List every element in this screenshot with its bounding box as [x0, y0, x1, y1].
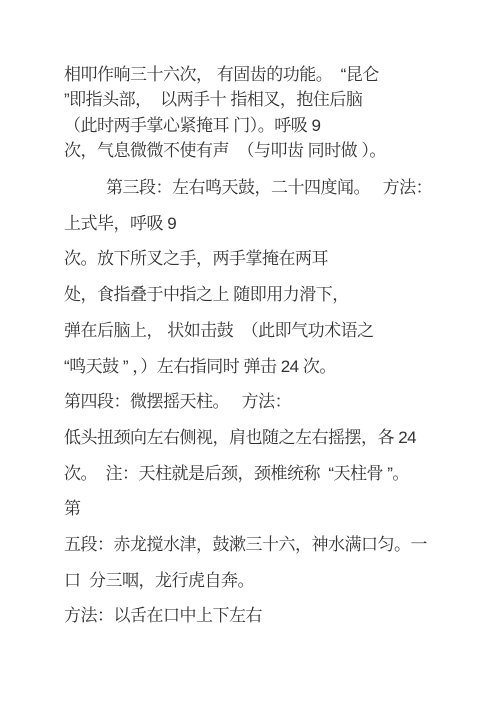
text-line: 低头扭颈向左右侧视，肩也随之左右摇摆，各 24 — [64, 420, 484, 456]
paragraph-sections: 第三段：左右鸣天鼓，二十四度闻。 方法： 上式毕，呼吸 9 次。放下所叉之手，两… — [64, 170, 484, 634]
text-line: 上式毕，呼吸 9 — [64, 206, 484, 242]
text-line: 五段：赤龙搅水津，鼓漱三十六，神水满口匀。一 — [64, 527, 484, 563]
text-line: （此时两手掌心紧掩耳 门）。呼吸 9 — [64, 113, 484, 138]
text-line: 第 — [64, 491, 484, 527]
text-line: ”即指头部， 以两手十 指相叉，抱住后脑 — [64, 87, 484, 112]
document-page: 相叩作响三十六次， 有固齿的功能。 “昆仑 ”即指头部， 以两手十 指相叉，抱住… — [0, 0, 500, 709]
text-line: 口 分三咽，龙行虎自奔。 — [64, 563, 484, 599]
text-line: 处，食指叠于中指之上 随即用力滑下， — [64, 277, 484, 313]
text-line: 次，气息微微不使有声 （与叩齿 同时做 ）。 — [64, 138, 484, 163]
text-line: 第四段：微摆摇天柱。 方法： — [64, 384, 484, 420]
paragraph-kouchi: 相叩作响三十六次， 有固齿的功能。 “昆仑 ”即指头部， 以两手十 指相叉，抱住… — [64, 62, 484, 164]
text-line: 第三段：左右鸣天鼓，二十四度闻。 方法： — [64, 170, 484, 206]
text-line: 弹在后脑上， 状如击鼓 （此即气功术语之 — [64, 313, 484, 349]
text-line: 相叩作响三十六次， 有固齿的功能。 “昆仑 — [64, 62, 484, 87]
text-line: 方法：以舌在口中上下左右 — [64, 598, 484, 634]
text-line: 次。 注：天柱就是后颈，颈椎统称 “天柱骨 ”。 — [64, 456, 484, 492]
text-line: “鸣天鼓 ” ，）左右指同时 弹击 24 次。 — [64, 349, 484, 385]
text-line: 次。放下所叉之手，两手掌掩在两耳 — [64, 241, 484, 277]
